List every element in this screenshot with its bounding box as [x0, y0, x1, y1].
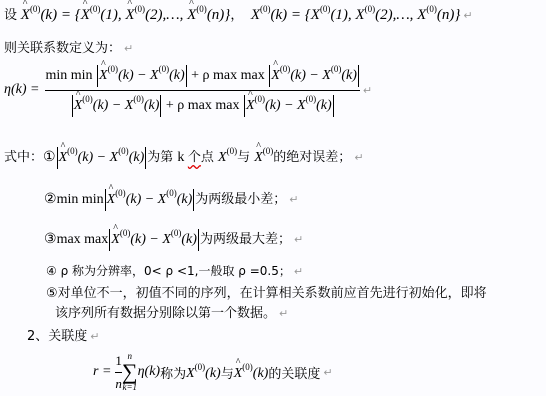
note-5-line2: 该序列所有数据分别除以第一个数据。: [55, 306, 276, 321]
paragraph-mark-icon: ↵: [363, 84, 372, 97]
paragraph-mark-icon: ↵: [124, 42, 133, 55]
marker-3: ③: [44, 232, 57, 247]
eta-formula: η(k) = min min X(0)(k) − X(0)(k) + ρ max…: [4, 64, 372, 117]
note-item-5: ⑤对单位不一，初值不同的序列，在计算相关系数前应首先进行初始化，即将: [46, 282, 487, 301]
marker-1: ①: [43, 150, 56, 165]
note-item-5-cont: 该序列所有数据分别除以第一个数据。↵: [55, 302, 288, 321]
paragraph-mark-icon: ↵: [289, 193, 298, 206]
note-4-text: ρ 称为分辨率，0< ρ <1,一般取 ρ =0.5；: [61, 264, 291, 278]
paragraph-mark-icon: ↵: [294, 233, 303, 246]
x-k-expr: X(0)(k) = {X(0)(1), X(0)(2),…, X(0)(n)}: [251, 7, 461, 23]
eta-denominator: X(0)(k) − X(0)(k) + ρ max max X(0)(k) − …: [71, 91, 335, 117]
r-formula: r = 1 n n ∑ k=1 η(k) 称为 X(0)(k) 与 X(0)(k…: [93, 352, 333, 392]
section-2-title: 2、关联度: [27, 329, 87, 344]
note-item-2: ②min minX(0)(k) − X(0)(k)为两级最小差；↵: [44, 188, 299, 211]
spellcheck-word: 个: [188, 150, 201, 165]
eta-fraction: min min X(0)(k) − X(0)(k) + ρ max max X(…: [45, 64, 359, 117]
definition-line: 设 X(0)(k) = {X(0)(1), X(0)(2),…, X(0)(n)…: [4, 4, 473, 24]
summation: n ∑ k=1: [122, 352, 138, 392]
note-item-3: ③max maxX(0)(k) − X(0)(k)为两级最大差；↵: [44, 228, 303, 251]
r-lhs: r =: [93, 364, 111, 380]
paragraph-mark-icon: ↵: [354, 151, 363, 164]
definition-intro: 则关联系数定义为：↵: [4, 37, 133, 56]
section-heading: 2、关联度↵: [27, 325, 100, 344]
xhat-k-expr: X(0)(k) = {X(0)(1), X(0)(2),…, X(0)(n)}: [21, 7, 231, 23]
paragraph-mark-icon: ↵: [294, 265, 303, 278]
note-item-4: ④ ρ 称为分辨率，0< ρ <1,一般取 ρ =0.5；↵: [46, 262, 303, 279]
eta-numerator: min min X(0)(k) − X(0)(k) + ρ max max X(…: [45, 64, 359, 91]
paragraph-mark-icon: ↵: [279, 307, 288, 320]
paragraph-mark-icon: ↵: [463, 9, 472, 22]
marker-2: ②: [44, 192, 57, 207]
paragraph-mark-icon: ↵: [323, 366, 332, 379]
marker-5: ⑤: [46, 286, 58, 301]
intro-text: 则关联系数定义为：: [4, 41, 121, 56]
note-item-1: 式中：①X(0)(k) − X(0)(k)为第 k 个点 X(0)与 X(0)的…: [4, 146, 364, 169]
prefix-text: 设: [4, 8, 17, 23]
notes-prefix: 式中：: [4, 150, 43, 165]
marker-4: ④: [46, 264, 57, 278]
note-5-line1: 对单位不一，初值不同的序列，在计算相关系数前应首先进行初始化，即将: [58, 286, 487, 301]
eta-lhs: η(k) =: [4, 82, 39, 98]
eta-term: η(k): [138, 364, 160, 380]
paragraph-mark-icon: ↵: [90, 330, 99, 343]
